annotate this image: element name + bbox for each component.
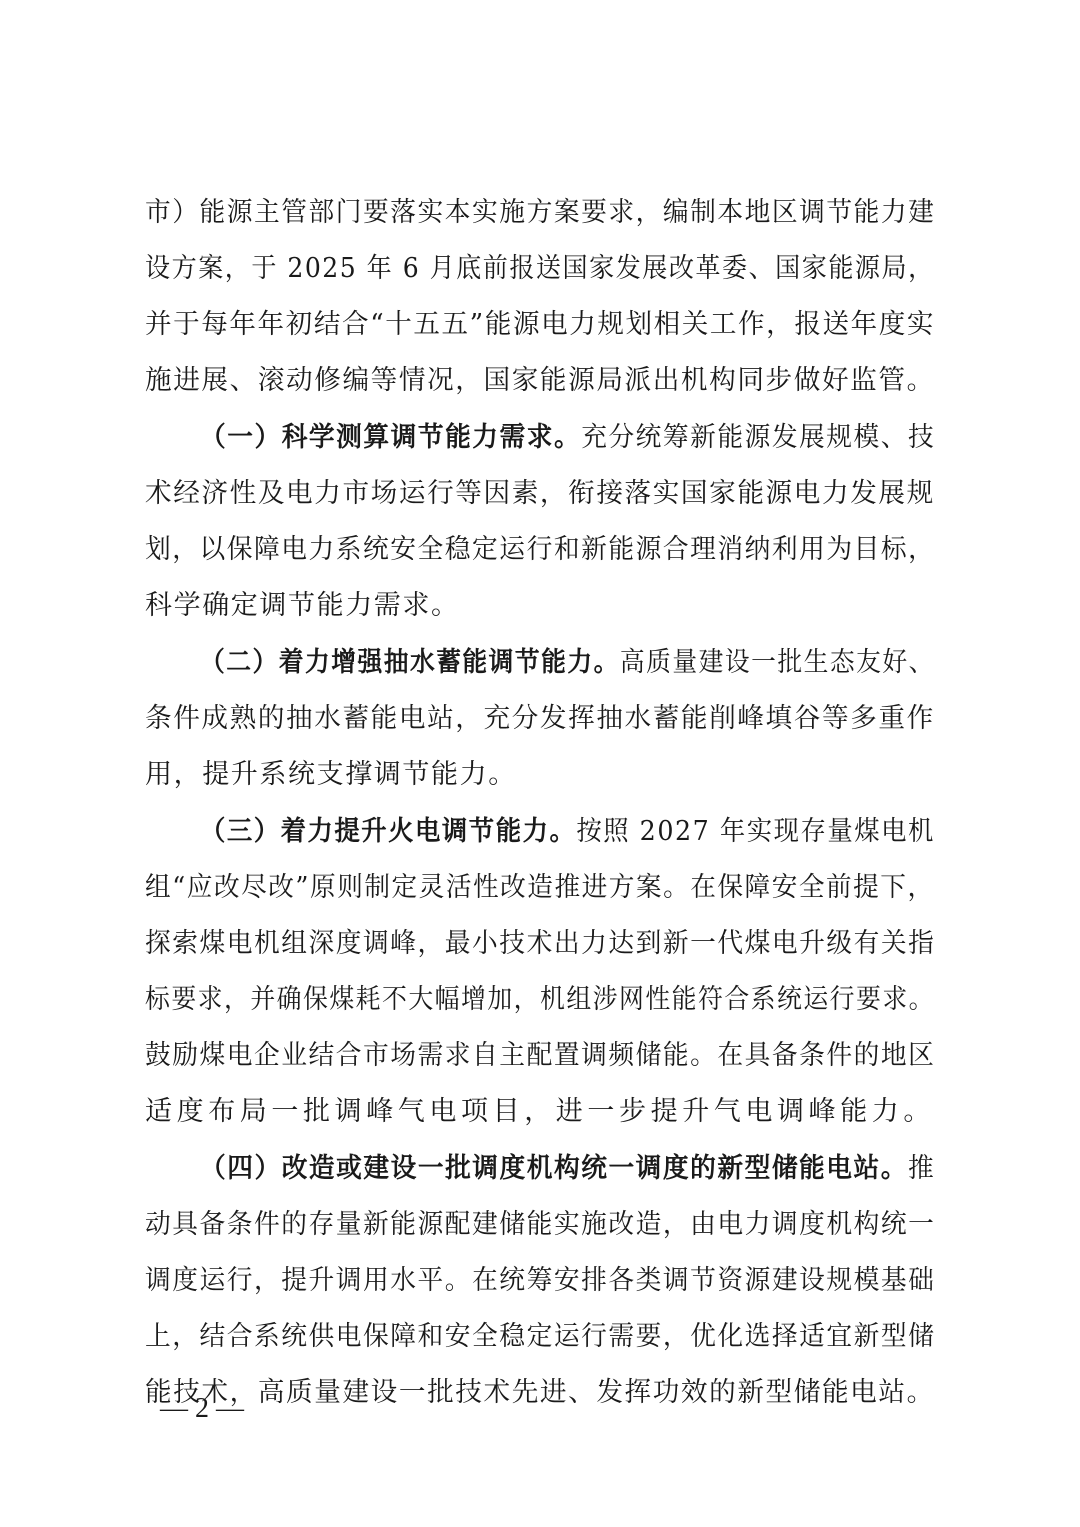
paragraph-text: 动具备条件的存量新能源配建储能实施改造，由电力调度机构统一 [145,1209,935,1240]
paragraph-text: 市）能源主管部门要落实本实施方案要求，编制本地区调节能力建 [145,197,935,228]
paragraph-text: 组“应改尽改”原则制定灵活性改造推进方案。在保障安全前提下， [145,872,935,903]
body-text-line: 标要求，并确保煤耗不大幅增加，机组涉网性能符合系统运行要求。 [145,980,935,1020]
paragraph-text: 鼓励煤电企业结合市场需求自主配置调频储能。在具备条件的地区 [145,1040,935,1071]
paragraph-text: 设方案，于 2025 年 6 月底前报送国家发展改革委、国家能源局， [145,253,935,284]
section-heading-line: （三）着力提升火电调节能力。按照 2027 年实现存量煤电机 [200,812,935,852]
paragraph-text: 划，以保障电力系统安全稳定运行和新能源合理消纳利用为目标， [145,534,935,565]
paragraph-text: 充分统筹新能源发展规模、技 [581,422,935,453]
body-text-line: 组“应改尽改”原则制定灵活性改造推进方案。在保障安全前提下， [145,868,935,908]
paragraph-text: 高质量建设一批生态友好、 [620,647,935,678]
paragraph-text: 条件成熟的抽水蓄能电站，充分发挥抽水蓄能削峰填谷等多重作 [145,703,935,734]
body-text-line: 探索煤电机组深度调峰，最小技术出力达到新一代煤电升级有关指 [145,924,935,964]
paragraph-text: 标要求，并确保煤耗不大幅增加，机组涉网性能符合系统运行要求。 [145,984,935,1015]
body-text-line: 市）能源主管部门要落实本实施方案要求，编制本地区调节能力建 [145,193,935,233]
section-heading: （四）改造或建设一批调度机构统一调度的新型储能电站。 [200,1153,908,1184]
body-text-line: 设方案，于 2025 年 6 月底前报送国家发展改革委、国家能源局， [145,249,935,289]
body-text-line: 科学确定调节能力需求。 [145,586,460,626]
paragraph-text: 探索煤电机组深度调峰，最小技术出力达到新一代煤电升级有关指 [145,928,935,959]
paragraph-text: 能技术，高质量建设一批技术先进、发挥功效的新型储能电站。 [145,1377,935,1408]
paragraph-text: 按照 2027 年实现存量煤电机 [576,816,935,847]
body-text-line: 用，提升系统支撑调节能力。 [145,755,517,795]
document-page: 市）能源主管部门要落实本实施方案要求，编制本地区调节能力建设方案，于 2025 … [0,0,1080,1527]
body-text-line: 能技术，高质量建设一批技术先进、发挥功效的新型储能电站。 [145,1373,935,1413]
body-text-line: 适度布局一批调峰气电项目，进一步提升气电调峰能力。 [145,1092,935,1132]
paragraph-text: 推 [908,1153,935,1184]
paragraph-text: 适度布局一批调峰气电项目，进一步提升气电调峰能力。 [145,1096,935,1127]
body-text-line: 施进展、滚动修编等情况，国家能源局派出机构同步做好监管。 [145,361,935,401]
section-heading: （三）着力提升火电调节能力。 [200,816,576,847]
body-text-line: 调度运行，提升调用水平。在统筹安排各类调节资源建设规模基础 [145,1261,935,1301]
section-heading: （一）科学测算调节能力需求。 [200,422,581,453]
body-text-line: 上，结合系统供电保障和安全稳定运行需要，优化选择适宜新型储 [145,1317,935,1357]
body-text-line: 动具备条件的存量新能源配建储能实施改造，由电力调度机构统一 [145,1205,935,1245]
section-heading: （二）着力增强抽水蓄能调节能力。 [200,647,620,678]
paragraph-text: 科学确定调节能力需求。 [145,590,460,621]
paragraph-text: 上，结合系统供电保障和安全稳定运行需要，优化选择适宜新型储 [145,1321,935,1352]
body-text-line: 条件成熟的抽水蓄能电站，充分发挥抽水蓄能削峰填谷等多重作 [145,699,935,739]
section-heading-line: （四）改造或建设一批调度机构统一调度的新型储能电站。推 [200,1149,935,1189]
page-number: — 2 — [160,1392,244,1426]
body-text-line: 并于每年年初结合“十五五”能源电力规划相关工作，报送年度实 [145,305,935,345]
paragraph-text: 用，提升系统支撑调节能力。 [145,759,517,790]
paragraph-text: 调度运行，提升调用水平。在统筹安排各类调节资源建设规模基础 [145,1265,935,1296]
section-heading-line: （一）科学测算调节能力需求。充分统筹新能源发展规模、技 [200,418,935,458]
body-text-line: 鼓励煤电企业结合市场需求自主配置调频储能。在具备条件的地区 [145,1036,935,1076]
section-heading-line: （二）着力增强抽水蓄能调节能力。高质量建设一批生态友好、 [200,643,935,683]
body-text-line: 划，以保障电力系统安全稳定运行和新能源合理消纳利用为目标， [145,530,935,570]
paragraph-text: 施进展、滚动修编等情况，国家能源局派出机构同步做好监管。 [145,365,935,396]
body-text-line: 术经济性及电力市场运行等因素，衔接落实国家能源电力发展规 [145,474,935,514]
paragraph-text: 术经济性及电力市场运行等因素，衔接落实国家能源电力发展规 [145,478,935,509]
paragraph-text: 并于每年年初结合“十五五”能源电力规划相关工作，报送年度实 [145,309,935,340]
